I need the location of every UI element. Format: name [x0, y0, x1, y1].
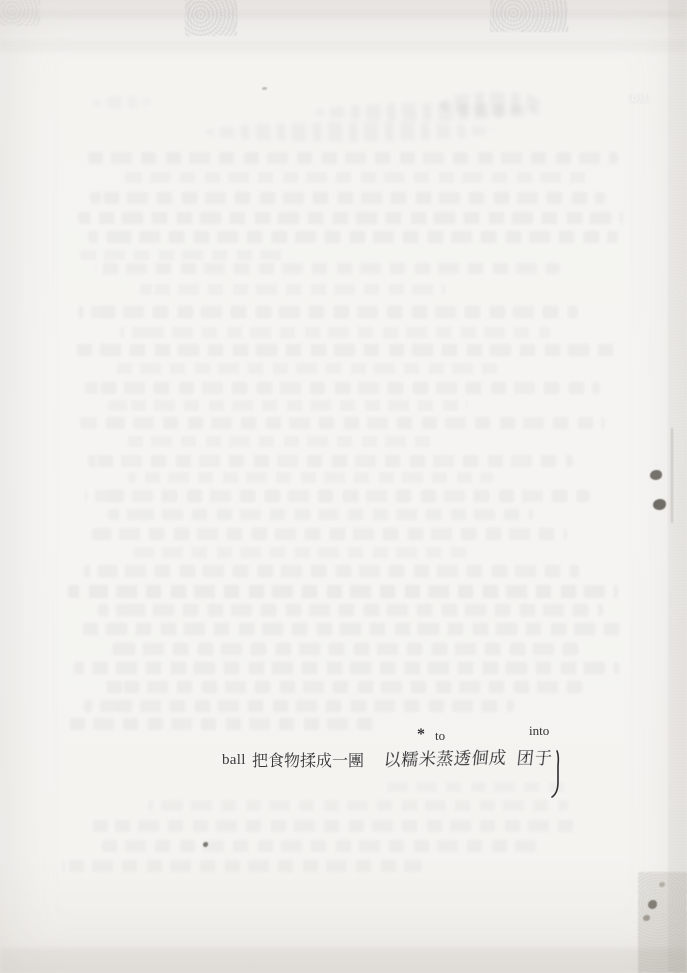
ink-speck [648, 900, 657, 909]
bleed-through-text-line [88, 820, 578, 832]
bleed-through-text-line [62, 860, 422, 872]
annotation-to: to [435, 728, 445, 744]
bleed-through-text-line [95, 263, 560, 274]
annotation-into: into [529, 723, 549, 739]
bleed-through-text-line [88, 231, 618, 243]
bleed-through-text-line [78, 212, 623, 224]
bleed-through-text-line [88, 152, 618, 164]
bleed-through-text-line [64, 718, 374, 730]
bleed-through-text-line [68, 585, 618, 598]
bleed-through-text-line [80, 250, 290, 260]
bleed-through-text-line [102, 840, 542, 852]
bleed-through-text-line [108, 509, 533, 520]
scan-noise-patch [628, 94, 650, 104]
bleed-through-text-line [78, 306, 578, 318]
ink-speck [653, 499, 666, 510]
ink-speck [203, 842, 208, 847]
scanned-page: ball 把食物揉成一團 以糯米蒸透佪成 团于 * to into [0, 0, 687, 973]
bleed-through-scribble [205, 122, 495, 142]
dictionary-entry-line: ball 把食物揉成一團 以糯米蒸透佪成 团于 * to into [0, 748, 687, 798]
bleed-through-text-line [108, 400, 468, 411]
bleed-through-scribble [92, 96, 152, 109]
page-crease [671, 428, 673, 523]
bleed-through-text-line [120, 327, 550, 338]
bleed-through-text-line [148, 800, 568, 811]
bleed-through-text-line [90, 192, 605, 204]
bleed-through-text-line [88, 455, 573, 467]
bleed-through-text-line [98, 604, 603, 616]
scan-streak-band [0, 40, 687, 52]
bleed-through-text-line [128, 547, 468, 558]
bleed-through-text-line [98, 681, 583, 693]
ink-speck [659, 882, 665, 887]
entry-word: ball [222, 752, 246, 769]
bleed-through-text-line [84, 565, 579, 577]
handwritten-note-main: 以糯米蒸透佪成 [383, 743, 508, 771]
bleed-through-text-line [85, 382, 600, 394]
bleed-through-text-line [125, 436, 435, 447]
scan-noise-patch [490, 0, 568, 32]
bleed-through-text-line [84, 700, 514, 712]
bleed-through-text-line [128, 472, 493, 483]
bleed-through-text-line [92, 528, 567, 540]
bleed-through-text-line [108, 643, 583, 655]
ink-speck [262, 87, 267, 90]
scan-noise-patch [0, 0, 40, 26]
scan-streak-band [0, 948, 687, 973]
bleed-through-text-line [75, 344, 620, 356]
bleed-through-text-line [78, 623, 623, 635]
bleed-through-text-line [108, 363, 498, 374]
scan-streak-band [0, 10, 687, 18]
entry-definition-chinese: 把食物揉成一團 [252, 748, 364, 771]
ink-speck [650, 470, 662, 480]
bleed-through-text-line [120, 172, 590, 183]
footnote-star-mark: * [417, 726, 425, 744]
ink-speck [643, 915, 650, 921]
bleed-through-text-line [85, 490, 590, 502]
scan-noise-patch [185, 0, 237, 36]
handwriting-flourish-stroke [546, 750, 562, 798]
bleed-through-text-line [140, 284, 445, 295]
bleed-through-text-line [80, 417, 605, 429]
bleed-through-text-line [74, 662, 619, 674]
